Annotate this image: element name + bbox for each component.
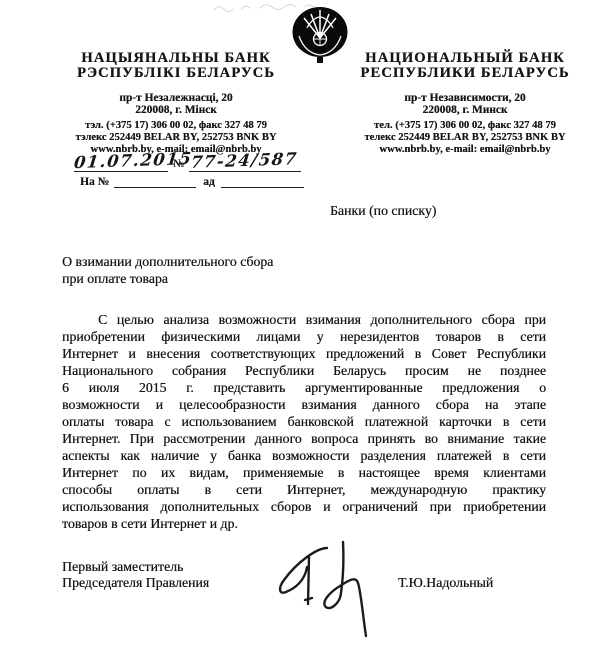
body-line: 6 июля 2015 г. представить аргументирова… [62,379,546,396]
reply-from-label: ад [203,176,215,188]
scanned-letter-page: НАЦЫЯНАЛЬНЫ БАНК РЭСПУБЛІКІ БЕЛАРУСЬ пр-… [0,0,599,646]
signature-scribble-icon [255,524,415,645]
body-line: использования дополнительных сборов и ог… [62,498,546,515]
signer-name: Т.Ю.Надольный [398,575,493,591]
body-line: приобретении физическими лицами у нерези… [62,328,546,345]
bank-address-ru-line2: 220008, г. Минск [344,104,586,116]
reply-date-blank [221,174,304,188]
signer-title: Первый заместитель Председателя Правлени… [62,559,209,590]
signer-title-line2: Председателя Правления [62,575,209,591]
subject: О взимании дополнительного сбора при опл… [62,253,273,287]
body-line: оплаты товара с использованием банковско… [62,413,546,430]
letterhead-russian: НАЦИОНАЛЬНЫЙ БАНК РЕСПУБЛИКИ БЕЛАРУСЬ пр… [344,51,586,156]
bank-telex-ru: телекс 252449 BELAR BY, 252753 BNK BY [344,132,586,144]
outgoing-reference-row: 01.07.2015 № 77-24/587 [74,144,301,172]
body-line: С целью анализа возможности взимания доп… [62,311,546,328]
reply-reference-row: На № ад [80,173,304,188]
bank-title-ru-line1: НАЦИОНАЛЬНЫЙ БАНК [344,51,586,66]
reply-number-blank [114,174,196,188]
body-paragraph: С целью анализа возможности взимания доп… [62,311,546,532]
bank-address-by-line2: 220008, г. Мінск [56,104,296,116]
bank-title-by-line2: РЭСПУБЛІКІ БЕЛАРУСЬ [56,66,296,81]
body-line: Интернет. При рассмотрении данного вопро… [62,430,546,447]
bank-title-ru-line2: РЕСПУБЛИКИ БЕЛАРУСЬ [344,66,586,81]
reply-number-label: На № [80,176,109,188]
body-line: Интернет и внесения соответствующих пред… [62,345,546,362]
belarus-coat-of-arms-icon [291,6,349,64]
body-line: Интернет по их видам, применяемые в наст… [62,464,546,481]
addressee: Банки (по списку) [330,203,436,219]
subject-line-1: О взимании дополнительного сбора [62,253,273,270]
bank-web-ru: www.nbrb.by, e-mail: email@nbrb.by [344,144,586,156]
bank-address-ru-line1: пр-т Независимости, 20 [344,92,586,104]
body-line: аспекты как наличие у банка возможности … [62,447,546,464]
signer-title-line1: Первый заместитель [62,559,209,575]
date-underline: 01.07.2015 [74,151,168,172]
body-line: Национального собрания Республики Белару… [62,362,546,379]
body-line: возможности и целесообразности взимания … [62,396,546,413]
number-underline: 77-24/587 [189,151,301,172]
bank-address-by-line1: пр-т Незалежнасці, 20 [56,92,296,104]
handwritten-number: 77-24/587 [190,149,299,172]
bank-phone-by: тэл. (+375 17) 306 00 02, факс 327 48 79 [56,120,296,132]
letterhead-belarusian: НАЦЫЯНАЛЬНЫ БАНК РЭСПУБЛІКІ БЕЛАРУСЬ пр-… [56,51,296,156]
bank-phone-ru: тел. (+375 17) 306 00 02, факс 327 48 79 [344,120,586,132]
bank-telex-by: тэлекс 252449 BELAR BY, 252753 BNK BY [56,132,296,144]
bank-title-by-line1: НАЦЫЯНАЛЬНЫ БАНК [56,51,296,66]
body-line: способы оплаты в сети Интернет, междунар… [62,481,546,498]
subject-line-2: при оплате товара [62,270,273,287]
